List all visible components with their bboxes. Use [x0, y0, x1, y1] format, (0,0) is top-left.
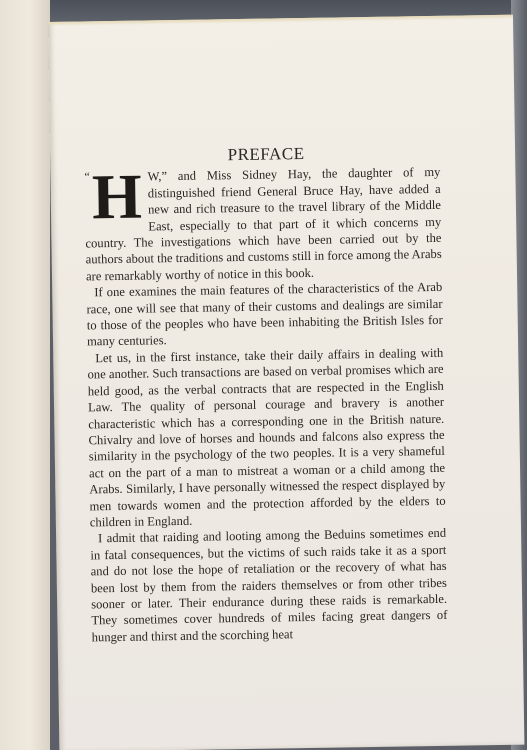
paragraph-2: If one examines the main features of the… — [86, 279, 443, 350]
paragraph-1: “ H W,” and Miss Sidney Hay, the daughte… — [84, 164, 442, 284]
paragraph-3: Let us, in the first instance, take thei… — [87, 345, 446, 531]
drop-cap: H — [92, 171, 143, 224]
paragraph-4: I admit that raiding and looting among t… — [90, 525, 448, 645]
facing-page-edge — [0, 0, 50, 750]
page-text-block: PREFACE “ H W,” and Miss Sidney Hay, the… — [84, 144, 448, 646]
book-page: PREFACE “ H W,” and Miss Sidney Hay, the… — [48, 15, 524, 750]
opening-quote: “ — [84, 170, 90, 184]
